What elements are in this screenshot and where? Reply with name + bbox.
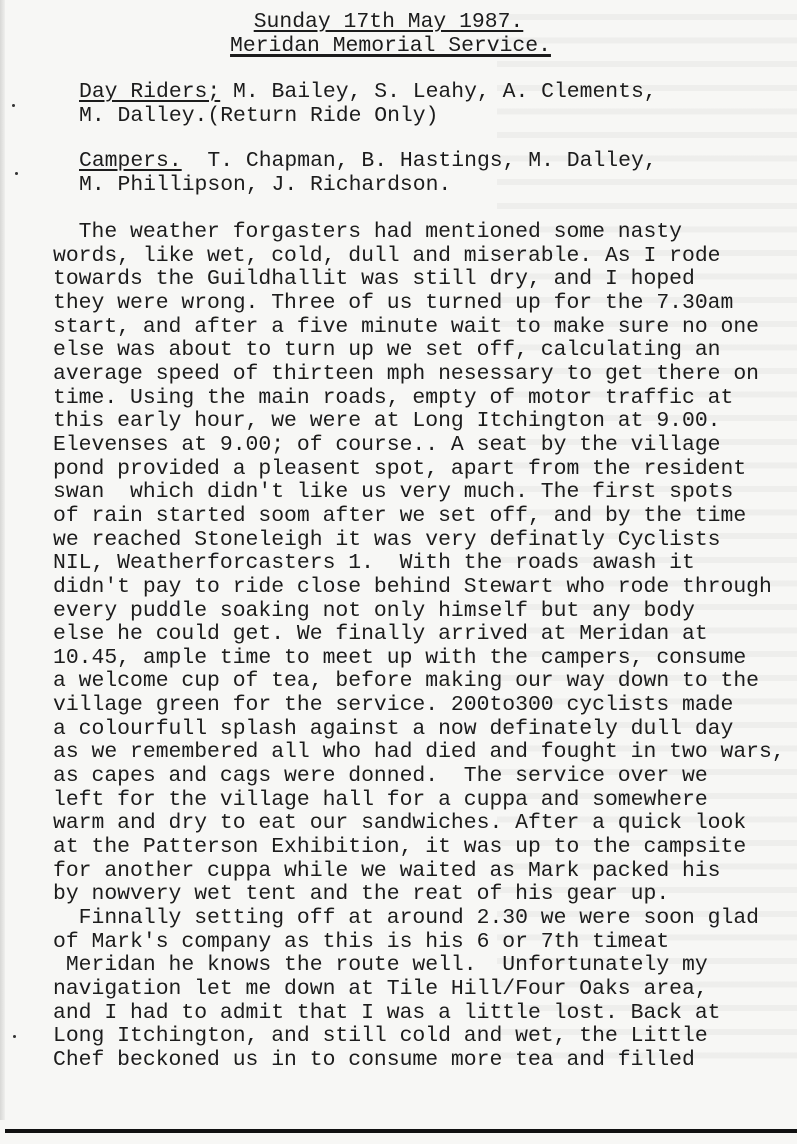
- campers-section: Campers. T. Chapman, B. Hastings, M. Dal…: [79, 149, 657, 197]
- body-line: Long Itchington, and still cold and wet,…: [53, 1025, 793, 1049]
- body-line: start, and after a five minute wait to m…: [53, 316, 793, 340]
- body-line: at the Patterson Exhibition, it was up t…: [53, 836, 793, 860]
- body-line: navigation let me down at Tile Hill/Four…: [53, 978, 793, 1002]
- body-line: The weather forgasters had mentioned som…: [53, 221, 793, 245]
- body-line: Meridan he knows the route well. Unfortu…: [53, 954, 793, 978]
- report-body: The weather forgasters had mentioned som…: [53, 221, 793, 1073]
- page-edge: [0, 0, 5, 1120]
- body-line: left for the village hall for a cuppa an…: [53, 789, 793, 813]
- campers-names-1: T. Chapman, B. Hastings, M. Dalley,: [182, 149, 657, 173]
- campers-label: Campers.: [79, 149, 182, 173]
- body-line: as we remembered all who had died and fo…: [53, 741, 793, 765]
- body-line: a colourfull splash against a now defina…: [53, 718, 793, 742]
- body-line: for another cuppa while we waited as Mar…: [53, 860, 793, 884]
- body-line: this early hour, we were at Long Itching…: [53, 410, 793, 434]
- body-line: of Mark's company as this is his 6 or 7t…: [53, 931, 793, 955]
- body-line: time. Using the main roads, empty of mot…: [53, 387, 793, 411]
- body-line: a welcome cup of tea, before making our …: [53, 670, 793, 694]
- body-line: they were wrong. Three of us turned up f…: [53, 292, 793, 316]
- body-line: swan which didn't like us very much. The…: [53, 481, 793, 505]
- bottom-rule: [5, 1129, 797, 1133]
- margin-mark: [13, 1035, 16, 1038]
- day-riders-section: Day Riders; M. Bailey, S. Leahy, A. Clem…: [79, 80, 657, 128]
- body-line: Finnally setting off at around 2.30 we w…: [53, 907, 793, 931]
- margin-mark: [12, 104, 15, 107]
- title-text: Meridan Memorial Service.: [230, 34, 551, 58]
- body-line: by nowvery wet tent and the reat of his …: [53, 883, 793, 907]
- body-line: Chef beckoned us in to consume more tea …: [53, 1049, 793, 1073]
- body-line: we reached Stoneleigh it was very defina…: [53, 529, 793, 553]
- body-line: 10.45, ample time to meet up with the ca…: [53, 647, 793, 671]
- day-riders-names-2: M. Dalley.(Return Ride Only): [79, 104, 438, 128]
- document-title-heading: Meridan Memorial Service.: [0, 34, 789, 58]
- body-line: pond provided a pleasent spot, apart fro…: [53, 458, 793, 482]
- body-line: and I had to admit that I was a little l…: [53, 1002, 793, 1026]
- body-line: NIL, Weatherforcasters 1. With the roads…: [53, 552, 793, 576]
- body-line: didn't pay to ride close behind Stewart …: [53, 576, 793, 600]
- day-riders-label: Day Riders;: [79, 80, 220, 104]
- margin-mark: [15, 172, 18, 175]
- body-line: every puddle soaking not only himself bu…: [53, 600, 793, 624]
- body-line: words, like wet, cold, dull and miserabl…: [53, 245, 793, 269]
- body-line: as capes and cags were donned. The servi…: [53, 765, 793, 789]
- body-line: average speed of thirteen mph nesessary …: [53, 363, 793, 387]
- date-text: Sunday 17th May 1987.: [254, 10, 524, 34]
- day-riders-names-1: M. Bailey, S. Leahy, A. Clements,: [220, 80, 656, 104]
- body-line: of rain started soom after we set off, a…: [53, 505, 793, 529]
- body-line: Elevenses at 9.00; of course.. A seat by…: [53, 434, 793, 458]
- body-line: village green for the service. 200to300 …: [53, 694, 793, 718]
- body-line: else he could get. We finally arrived at…: [53, 623, 793, 647]
- document-date-heading: Sunday 17th May 1987.: [0, 10, 787, 34]
- body-line: warm and dry to eat our sandwiches. Afte…: [53, 812, 793, 836]
- body-line: else was about to turn up we set off, ca…: [53, 339, 793, 363]
- body-line: towards the Guildhallit was still dry, a…: [53, 268, 793, 292]
- campers-names-2: M. Phillipson, J. Richardson.: [79, 173, 451, 197]
